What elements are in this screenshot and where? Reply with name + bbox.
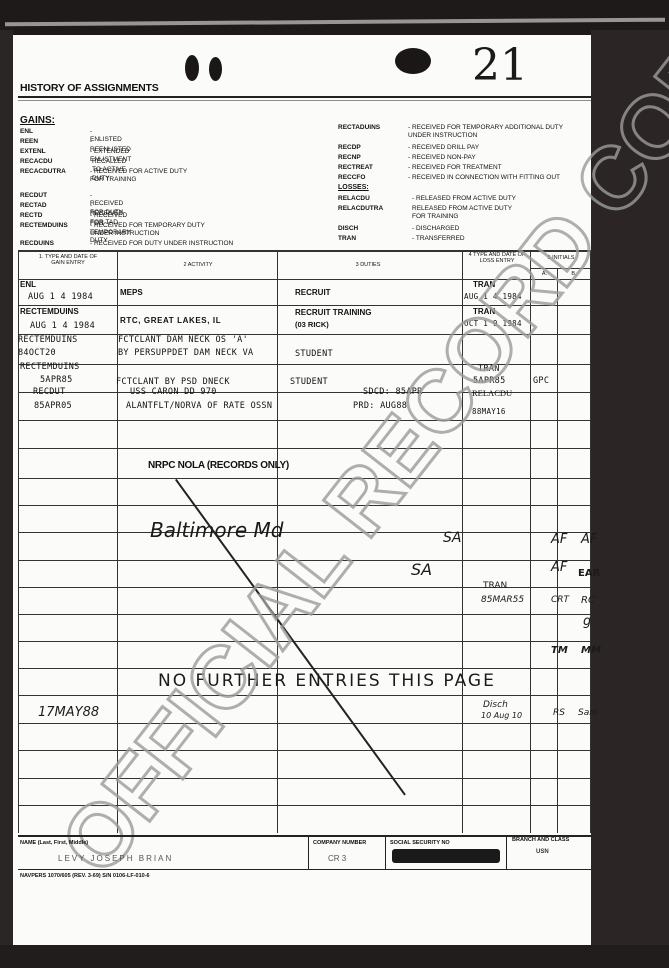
loss-date: 10 Aug 10 — [481, 711, 522, 720]
initials-b: MM — [581, 645, 601, 656]
loss-type: Disch — [483, 700, 508, 710]
initials-b: Sam — [578, 708, 598, 718]
name-value: LEVY JOSEPH BRIAN — [58, 854, 173, 863]
activity: FCTCLANT DAM NECK OS 'A' — [118, 335, 248, 345]
legend-desc: - RECEIVED FOR TEMPORARY DUTY UNDER INST… — [90, 222, 210, 239]
legend-code: RELACDU — [338, 195, 408, 203]
loss-type: TRAN — [483, 581, 507, 591]
legend-code: DISCH — [338, 225, 408, 233]
legend-desc: - RECEIVED FOR TEMPORARY ADDITIONAL DUTY… — [408, 124, 568, 141]
legend-code: RELACDUTRA — [338, 205, 408, 213]
form-title: HISTORY OF ASSIGNMENTS — [20, 82, 159, 94]
legend-code: RECACDUTRA — [20, 168, 90, 176]
divider — [18, 96, 591, 98]
header-activity: 2 ACTIVITY — [138, 262, 258, 268]
legend-desc: - RECEIVED DRILL PAY — [408, 144, 568, 152]
branch-value: USN — [536, 849, 549, 855]
gain-date: 5APR85 — [40, 375, 73, 385]
legend-code: RECDUINS — [20, 240, 90, 248]
initials-a: CRT — [551, 595, 569, 605]
punch-hole-mark — [185, 55, 199, 81]
name-label: NAME (Last, First, Middle) — [20, 840, 88, 846]
handwritten-rate: SA — [443, 530, 461, 546]
initials-a: RS — [553, 708, 565, 718]
legend-code: TRAN — [338, 235, 408, 243]
activity-line2: BY PERSUPPDET DAM NECK VA — [118, 348, 253, 358]
gain-type: RECTEMDUINS — [18, 335, 78, 345]
duties: STUDENT — [290, 377, 328, 387]
divider — [18, 100, 591, 101]
activity: RTC, GREAT LAKES, IL — [120, 316, 221, 325]
gain-date: 85APR05 — [34, 401, 72, 411]
legend-code: RECACDU — [20, 158, 90, 166]
branch-label: BRANCH AND CLASS — [512, 837, 569, 843]
legend-code: REEN — [20, 138, 90, 146]
gain-date: AUG 1 4 1984 — [30, 321, 95, 331]
col-line — [557, 268, 558, 833]
legend-code: RECNP — [338, 154, 408, 162]
legend-code: RECTREAT — [338, 164, 408, 172]
legend-code: RECTEMDUINS — [20, 222, 90, 230]
gain-type: RECTEMDUINS — [20, 362, 80, 372]
initials-b: AF — [581, 532, 597, 547]
duties: STUDENT — [295, 349, 333, 359]
legend-desc: - RECEIVED FOR ACTIVE DUTY FOR TRAINING — [90, 168, 200, 185]
form-number: NAVPERS 1070/605 (REV. 3-69) S/N 0106-LF… — [20, 873, 150, 879]
legend-desc: RELEASED FROM ACTIVE DUTY FOR TRAINING — [412, 205, 522, 222]
legend-desc: - RECEIVED NON-PAY — [408, 154, 568, 162]
activity: FCTCLANT BY PSD DNECK — [116, 377, 230, 387]
initials-a: AF — [551, 560, 567, 575]
scan-left-edge — [0, 30, 13, 968]
legend-code: RECTADUINS — [338, 124, 408, 132]
handwritten-rate: SA — [411, 560, 432, 579]
header-gain: 1. TYPE AND DATE OF GAIN ENTRY — [38, 254, 98, 266]
legend-code: RECTD — [20, 212, 90, 220]
punch-hole-mark — [209, 57, 222, 81]
punch-hole-mark — [395, 48, 431, 74]
handwritten-page-number: 21 — [472, 40, 528, 91]
ssn-redaction — [392, 849, 500, 863]
legend-code: RECDP — [338, 144, 408, 152]
loss-date: 85MAR55 — [481, 595, 524, 605]
row-line — [18, 668, 591, 669]
duties-line2: (03 RICK) — [295, 320, 329, 329]
gains-legend: ENL- ENLISTED REEN- REENLISTED EXTENL- E… — [20, 128, 340, 248]
legend-code: RECDUT — [20, 192, 90, 200]
scan-bottom-edge — [0, 945, 669, 968]
legend-code: ENL — [20, 128, 90, 136]
legend-desc: - RECEIVED FOR DUTY UNDER INSTRUCTION — [90, 240, 290, 248]
row-line — [18, 478, 591, 479]
header-duties: 3 DUTIES — [318, 262, 418, 268]
legend-code: EXTENL — [20, 148, 90, 156]
company-value: CR 3 — [328, 854, 346, 863]
initials-b: g — [583, 614, 591, 629]
activity-line2: ALANTFLT/NORVA OF RATE OSSN — [126, 401, 272, 411]
initials-a: GPC — [533, 376, 549, 386]
company-label: COMPANY NUMBER — [313, 840, 366, 846]
gain-date: 17MAY88 — [38, 705, 99, 720]
row-line — [18, 448, 591, 449]
ssn-label: SOCIAL SECURITY NO — [390, 840, 450, 846]
footer-identification: NAME (Last, First, Middle) LEVY JOSEPH B… — [18, 835, 591, 870]
initials-a: AF — [551, 532, 567, 547]
initials-b: RC — [581, 595, 595, 606]
gains-heading: GAINS: — [20, 115, 55, 126]
row-line — [18, 420, 591, 421]
activity: MEPS — [120, 288, 143, 297]
initials-b: EAR — [578, 568, 600, 579]
gain-type: RECTEMDUINS — [20, 307, 79, 316]
duties: RECRUIT — [295, 288, 331, 297]
duties: RECRUIT TRAINING — [295, 308, 371, 317]
gain-date: AUG 1 4 1984 — [28, 292, 93, 302]
gain-type: RECDUT — [33, 387, 66, 397]
legend-code: RECTAD — [20, 202, 90, 210]
legend-code: RECCFO — [338, 174, 408, 182]
legend-desc: - RECEIVED FOR TREATMENT — [408, 164, 568, 172]
row-line — [18, 695, 591, 696]
row-line — [18, 723, 591, 724]
scan-top-edge — [0, 0, 669, 40]
gain-date: 84OCT20 — [18, 348, 56, 358]
losses-heading: LOSSES: — [338, 184, 369, 192]
initials-a: TM — [551, 645, 568, 656]
activity: NRPC NOLA (RECORDS ONLY) — [148, 460, 289, 471]
gain-type: ENL — [20, 280, 36, 289]
activity: USS CARON DD 970 — [130, 387, 217, 397]
